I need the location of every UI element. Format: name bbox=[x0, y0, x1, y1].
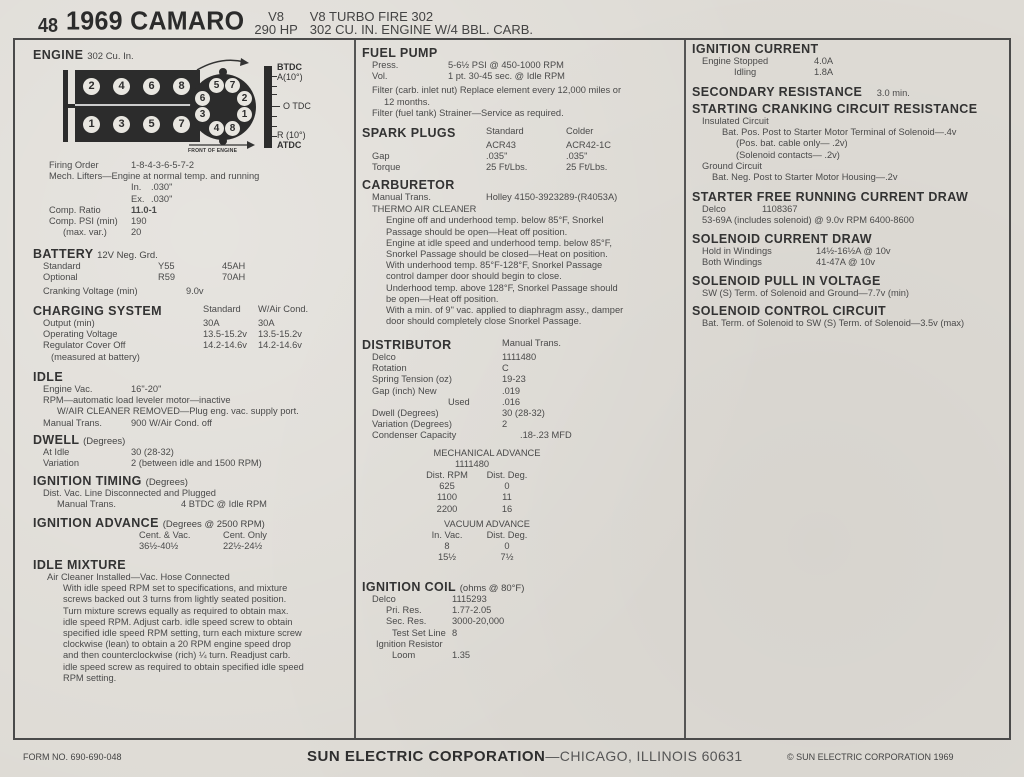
cylinder-icon: 6 bbox=[143, 78, 160, 95]
engine-description: 302 CU. IN. ENGINE W/4 BBL. CARB. bbox=[310, 23, 533, 36]
front-of-engine-label: FRONT OF ENGINE bbox=[188, 148, 237, 154]
mechanical-advance-table: MECHANICAL ADVANCE 1111480 Dist. RPMDist… bbox=[362, 448, 592, 515]
card-header: 48 1969 CAMARO V8 290 HP V8 TURBO FIRE 3… bbox=[38, 6, 545, 36]
section-ignition-current: IGNITION CURRENT Engine Stopped4.0A Idli… bbox=[692, 42, 833, 78]
section-charging-system: CHARGING SYSTEMStandardW/Air Cond. Outpu… bbox=[33, 304, 308, 363]
section-solenoid-pull-in: SOLENOID PULL IN VOLTAGE SW (S) Term. of… bbox=[692, 274, 909, 299]
cylinder-icon: 5 bbox=[143, 116, 160, 133]
firing-order: 1-8-4-3-6-5-7-2 bbox=[131, 160, 194, 171]
section-spark-plugs: SPARK PLUGSStandardColder ACR43ACR42-1C … bbox=[362, 126, 611, 174]
cylinder-icon: 1 bbox=[83, 116, 100, 133]
timing-scale-icon bbox=[264, 66, 272, 148]
section-ignition-coil: IGNITION COIL (ohms @ 80°F) Delco1115293… bbox=[362, 580, 524, 661]
publisher: SUN ELECTRIC CORPORATION—CHICAGO, ILLINO… bbox=[307, 748, 743, 765]
column-middle: FUEL PUMP Press.5-6½ PSI @ 450-1000 RPM … bbox=[356, 40, 686, 738]
card-number: 48 bbox=[38, 13, 58, 37]
cylinder-icon: 2 bbox=[83, 78, 100, 95]
section-solenoid-current-draw: SOLENOID CURRENT DRAW Hold in Windings14… bbox=[692, 232, 891, 268]
form-number: FORM NO. 690-690-048 bbox=[23, 752, 122, 762]
copyright: © SUN ELECTRIC CORPORATION 1969 bbox=[787, 752, 954, 762]
model-title: 1969 CAMARO bbox=[66, 6, 244, 36]
column-left: ENGINE 302 Cu. In. 2 4 6 8 1 3 5 7 5 bbox=[15, 40, 356, 738]
section-idle-mixture: IDLE MIXTURE Air Cleaner Installed—Vac. … bbox=[33, 558, 304, 684]
cylinder-icon: 7 bbox=[173, 116, 190, 133]
rotation-arrow-icon bbox=[193, 56, 253, 72]
cylinder-icon: 8 bbox=[173, 78, 190, 95]
cylinder-icon: 4 bbox=[113, 78, 130, 95]
engine-diagram: 2 4 6 8 1 3 5 7 5 7 2 1 8 4 3 6 bbox=[53, 60, 293, 160]
spec-card: 48 1969 CAMARO V8 290 HP V8 TURBO FIRE 3… bbox=[0, 0, 1024, 777]
cylinder-icon: 3 bbox=[113, 116, 130, 133]
section-starter-draw: STARTER FREE RUNNING CURRENT DRAW Delco1… bbox=[692, 190, 968, 226]
section-dwell: DWELL (Degrees) At Idle30 (28-32) Variat… bbox=[33, 433, 262, 469]
column-right: IGNITION CURRENT Engine Stopped4.0A Idli… bbox=[686, 40, 1009, 738]
section-solenoid-control: SOLENOID CONTROL CIRCUIT Bat. Term. of S… bbox=[692, 304, 964, 329]
section-battery: BATTERY 12V Neg. Grd. StandardY5545AH Op… bbox=[33, 247, 245, 298]
vacuum-advance-table: VACUUM ADVANCE In. Vac.Dist. Deg. 80 15½… bbox=[362, 519, 592, 564]
section-carburetor: CARBURETOR Manual Trans.Holley 4150-3923… bbox=[362, 178, 623, 327]
section-idle: IDLE Engine Vac.16"-20" RPM—automatic lo… bbox=[33, 370, 299, 429]
section-cranking-circuit: STARTING CRANKING CIRCUIT RESISTANCE Ins… bbox=[692, 102, 977, 183]
section-distributor: DISTRIBUTORManual Trans. Delco1111480 Ro… bbox=[362, 338, 592, 564]
section-ignition-advance: IGNITION ADVANCE (Degrees @ 2500 RPM) Ce… bbox=[33, 516, 267, 552]
engine-specs: Firing Order1-8-4-3-6-5-7-2 Mech. Lifter… bbox=[49, 160, 259, 238]
section-secondary-resistance: SECONDARY RESISTANCE 3.0 min. bbox=[692, 83, 910, 101]
horsepower: 290 HP bbox=[254, 23, 297, 36]
section-fuel-pump: FUEL PUMP Press.5-6½ PSI @ 450-1000 RPM … bbox=[362, 46, 621, 119]
distributor-cap-icon: 5 7 2 1 8 4 3 6 bbox=[190, 74, 256, 140]
spec-frame: ENGINE 302 Cu. In. 2 4 6 8 1 3 5 7 5 bbox=[13, 38, 1011, 740]
section-ignition-timing: IGNITION TIMING (Degrees) Dist. Vac. Lin… bbox=[33, 474, 267, 510]
